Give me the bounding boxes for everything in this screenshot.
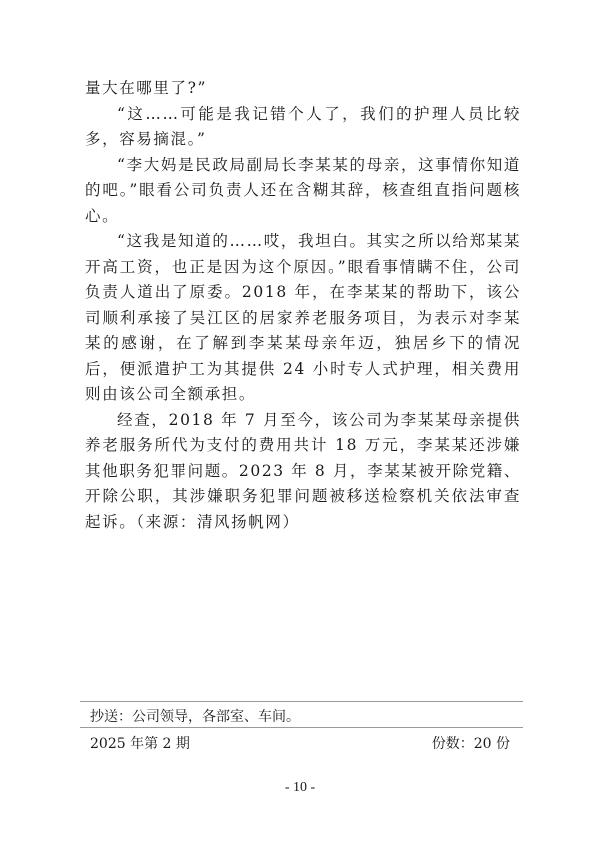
article-body: 量大在哪里了?” “这……可能是我记错个人了，我们的护理人员比较多，容易摘混。”… — [85, 76, 521, 535]
cc-line: 抄送：公司领导，各部室、车间。 — [90, 706, 533, 726]
paragraph: “这……可能是我记错个人了，我们的护理人员比较多，容易摘混。” — [85, 102, 521, 153]
paragraph: “这我是知道的……哎，我坦白。其实之所以给郑某某开高工资，也正是因为这个原因。”… — [85, 229, 521, 408]
page-number: - 10 - — [0, 780, 600, 796]
paragraph: 量大在哪里了?” — [85, 76, 521, 102]
issue-number: 2025 年第 2 期 — [90, 733, 190, 753]
paragraph: “李大妈是民政局副局长李某某的母亲，这事情你知道的吧。”眼看公司负责人还在含糊其… — [85, 153, 521, 230]
issue-line: 2025 年第 2 期 份数：20 份 — [90, 733, 510, 753]
paragraph: 经查，2018 年 7 月至今，该公司为李某某母亲提供养老服务所代为支付的费用共… — [85, 408, 521, 536]
footer-top-rule — [80, 701, 523, 702]
copies-count: 份数：20 份 — [432, 733, 510, 753]
footer-middle-rule — [80, 727, 523, 728]
